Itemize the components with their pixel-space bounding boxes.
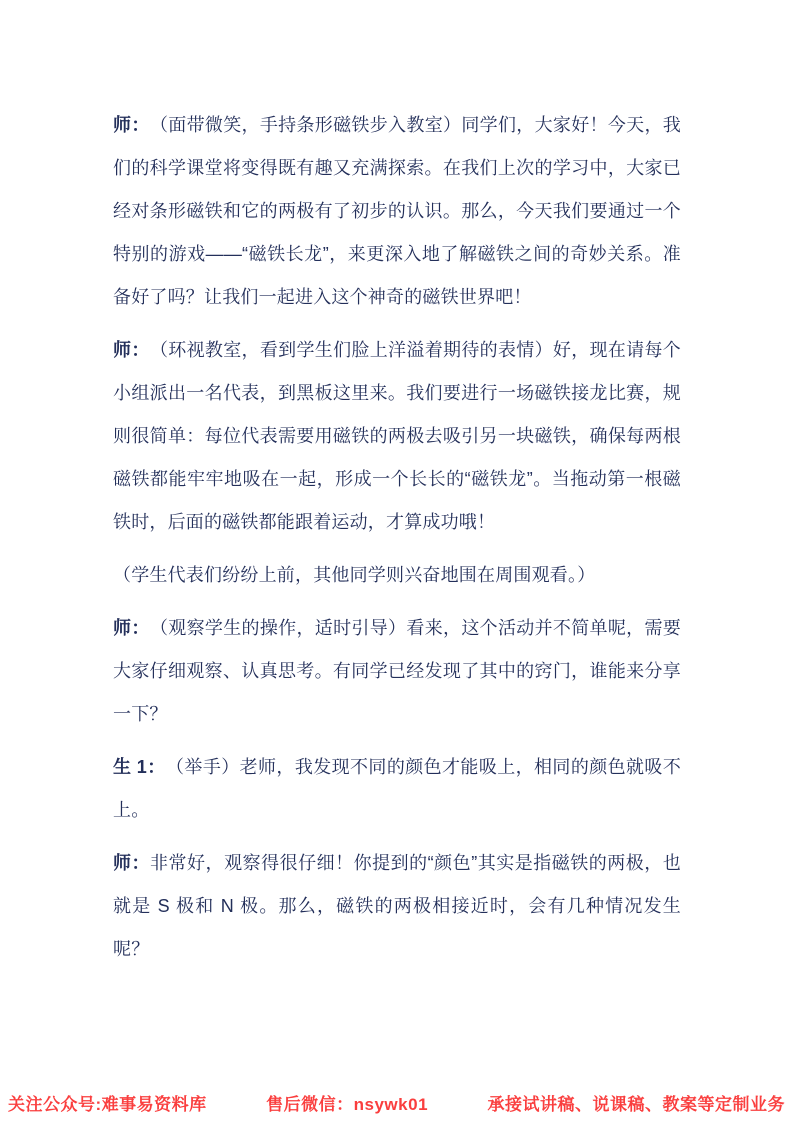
speaker-label: 师： bbox=[113, 115, 141, 135]
speech-text: （面带微笑，手持条形磁铁步入教室）同学们，大家好！今天，我们的科学课堂将变得既有… bbox=[113, 115, 681, 307]
transcript-paragraph: （学生代表们纷纷上前，其他同学则兴奋地围在周围观看。） bbox=[113, 554, 681, 597]
speech-text: （观察学生的操作，适时引导）看来，这个活动并不简单呢，需要大家仔细观察、认真思考… bbox=[113, 618, 681, 724]
speech-text: （环视教室，看到学生们脸上洋溢着期待的表情）好，现在请每个小组派出一名代表，到黑… bbox=[113, 340, 681, 532]
footer-segment: 售后微信：nsywk01 bbox=[266, 1090, 428, 1115]
speaker-label: 生 1： bbox=[113, 757, 157, 777]
transcript-paragraph: 师：非常好，观察得很仔细！你提到的“颜色”其实是指磁铁的两极，也就是 S 极和 … bbox=[113, 842, 681, 971]
lesson-transcript: 师： （面带微笑，手持条形磁铁步入教室）同学们，大家好！今天，我们的科学课堂将变… bbox=[113, 104, 681, 981]
transcript-paragraph: 师： （面带微笑，手持条形磁铁步入教室）同学们，大家好！今天，我们的科学课堂将变… bbox=[113, 104, 681, 319]
speaker-label: 师： bbox=[113, 853, 150, 873]
speaker-label: 师： bbox=[113, 618, 141, 638]
speaker-label: 师： bbox=[113, 340, 141, 360]
document-page: 师： （面带微笑，手持条形磁铁步入教室）同学们，大家好！今天，我们的科学课堂将变… bbox=[0, 0, 793, 1122]
footer-segment: 关注公众号:难事易资料库 bbox=[8, 1090, 207, 1115]
footer-segment: 承接试讲稿、说课稿、教案等定制业务 bbox=[488, 1090, 786, 1115]
promo-footer: 关注公众号:难事易资料库 售后微信：nsywk01 承接试讲稿、说课稿、教案等定… bbox=[8, 1090, 785, 1115]
transcript-paragraph: 师： （环视教室，看到学生们脸上洋溢着期待的表情）好，现在请每个小组派出一名代表… bbox=[113, 329, 681, 544]
speech-text: （举手）老师，我发现不同的颜色才能吸上，相同的颜色就吸不上。 bbox=[113, 757, 681, 820]
transcript-paragraph: 师： （观察学生的操作，适时引导）看来，这个活动并不简单呢，需要大家仔细观察、认… bbox=[113, 607, 681, 736]
speech-text: （学生代表们纷纷上前，其他同学则兴奋地围在周围观看。） bbox=[113, 565, 595, 585]
transcript-paragraph: 生 1： （举手）老师，我发现不同的颜色才能吸上，相同的颜色就吸不上。 bbox=[113, 746, 681, 832]
speech-text: 非常好，观察得很仔细！你提到的“颜色”其实是指磁铁的两极，也就是 S 极和 N … bbox=[113, 853, 681, 959]
